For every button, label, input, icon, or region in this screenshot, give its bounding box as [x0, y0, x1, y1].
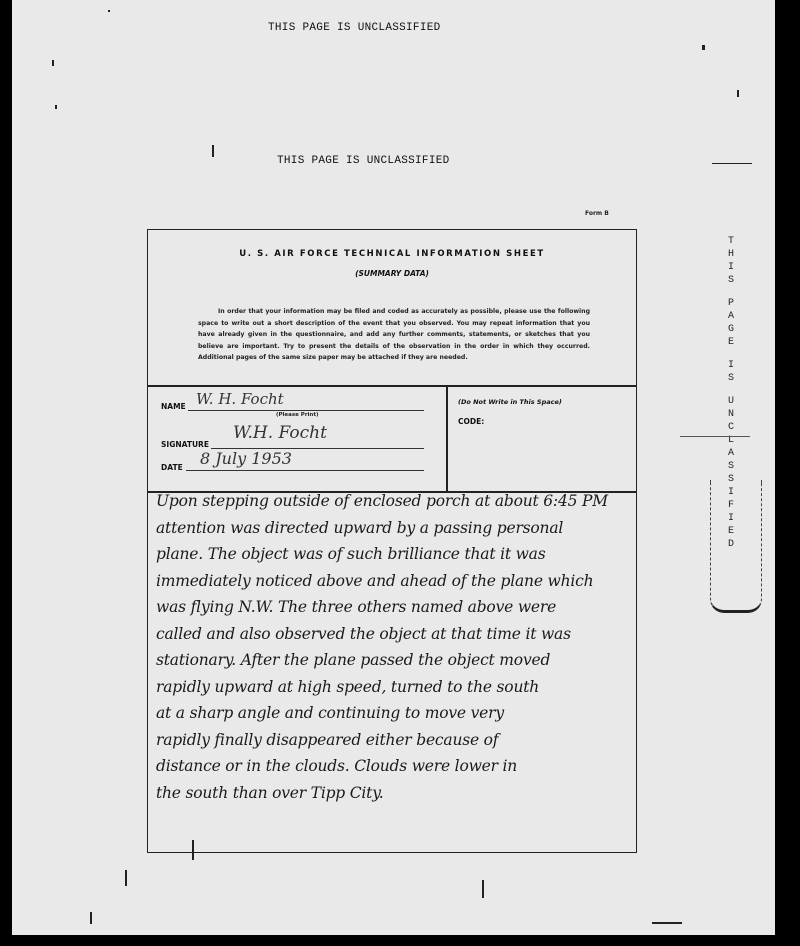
narrative-line: distance or in the clouds. Clouds were l… — [156, 753, 636, 780]
date-label: DATE — [161, 463, 183, 472]
narrative-line: at a sharp angle and continuing to move … — [156, 700, 636, 727]
date-rule — [186, 470, 424, 471]
narrative-line: Upon stepping outside of enclosed porch … — [156, 488, 636, 515]
signature-field[interactable]: W.H. Focht — [233, 423, 327, 443]
name-rule — [188, 410, 424, 411]
narrative-line: stationary. After the plane passed the o… — [156, 647, 636, 674]
date-field[interactable]: 8 July 1953 — [200, 449, 292, 468]
code-label: CODE: — [458, 417, 484, 426]
scan-speck — [55, 105, 57, 109]
scan-speck — [702, 45, 705, 50]
sheet-instructions: In order that your information may be fi… — [198, 306, 590, 364]
narrative-line: immediately noticed above and ahead of t… — [156, 568, 636, 595]
sheet-subtitle: (SUMMARY DATA) — [148, 269, 636, 278]
scan-speck — [108, 10, 110, 12]
scan-speck — [52, 60, 54, 66]
sheet-title: U. S. AIR FORCE TECHNICAL INFORMATION SH… — [148, 249, 636, 259]
scan-speck — [125, 870, 127, 886]
scan-dash-line — [680, 436, 750, 437]
narrative-line: rapidly upward at high speed, turned to … — [156, 674, 636, 701]
narrative-line: attention was directed upward by a passi… — [156, 515, 636, 542]
please-print-hint: (Please Print) — [276, 412, 318, 418]
narrative-line: the south than over Tipp City. — [156, 780, 636, 807]
scan-speck — [712, 163, 752, 164]
name-field[interactable]: W. H. Focht — [196, 390, 284, 408]
scanned-page: THIS PAGE IS UNCLASSIFIED THIS PAGE IS U… — [12, 0, 775, 935]
signature-label: SIGNATURE — [161, 440, 209, 449]
unclassified-stamp-top: THIS PAGE IS UNCLASSIFIED — [268, 22, 441, 34]
divider-line — [446, 385, 448, 492]
scan-speck — [652, 922, 682, 924]
do-not-write-note: (Do Not Write in This Space) — [458, 398, 562, 406]
narrative-line: rapidly finally disappeared either becau… — [156, 727, 636, 754]
narrative-line: called and also observed the object at t… — [156, 621, 636, 648]
narrative-line: plane. The object was of such brilliance… — [156, 541, 636, 568]
stamp-letter: T — [724, 235, 738, 248]
scan-speck — [482, 880, 484, 898]
side-bracket-mark — [710, 480, 762, 613]
narrative-line: was flying N.W. The three others named a… — [156, 594, 636, 621]
scan-speck — [212, 145, 214, 157]
technical-information-sheet: U. S. AIR FORCE TECHNICAL INFORMATION SH… — [147, 229, 637, 853]
scan-speck — [90, 912, 92, 924]
unclassified-stamp-second: THIS PAGE IS UNCLASSIFIED — [277, 155, 450, 167]
name-label: NAME — [161, 402, 186, 411]
handwritten-narrative[interactable]: Upon stepping outside of enclosed porch … — [156, 488, 636, 806]
form-id-label: Form B — [585, 210, 609, 217]
divider-line — [148, 385, 636, 387]
scan-speck — [737, 90, 739, 97]
